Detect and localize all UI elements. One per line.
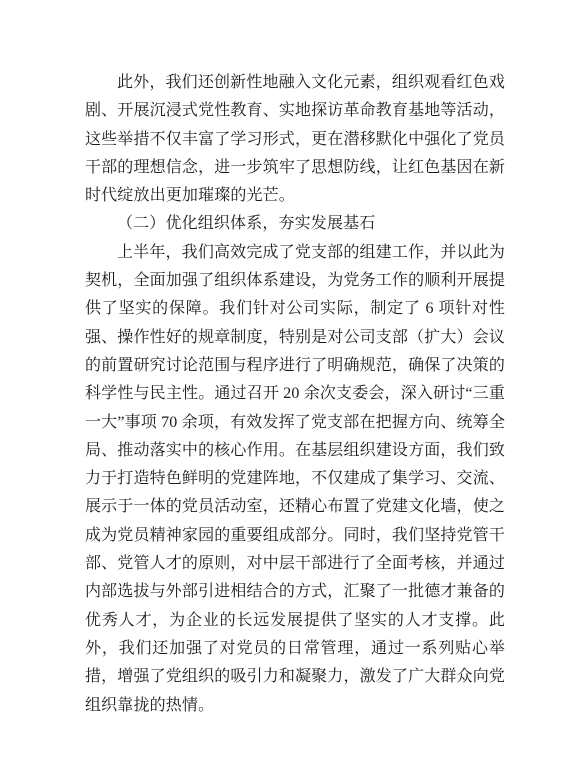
- section-heading: （二）优化组织体系，夯实发展基石: [85, 210, 505, 238]
- text-block: 此外，我们还创新性地融入文化元素，组织观看红色戏剧、开展沉浸式党性教育、实地探访…: [85, 69, 505, 720]
- body-paragraph: 上半年，我们高效完成了党支部的组建工作，并以此为契机，全面加强了组织体系建设，为…: [85, 239, 505, 720]
- body-paragraph: 此外，我们还创新性地融入文化元素，组织观看红色戏剧、开展沉浸式党性教育、实地探访…: [85, 69, 505, 210]
- document-page: 此外，我们还创新性地融入文化元素，组织观看红色戏剧、开展沉浸式党性教育、实地探访…: [0, 0, 586, 759]
